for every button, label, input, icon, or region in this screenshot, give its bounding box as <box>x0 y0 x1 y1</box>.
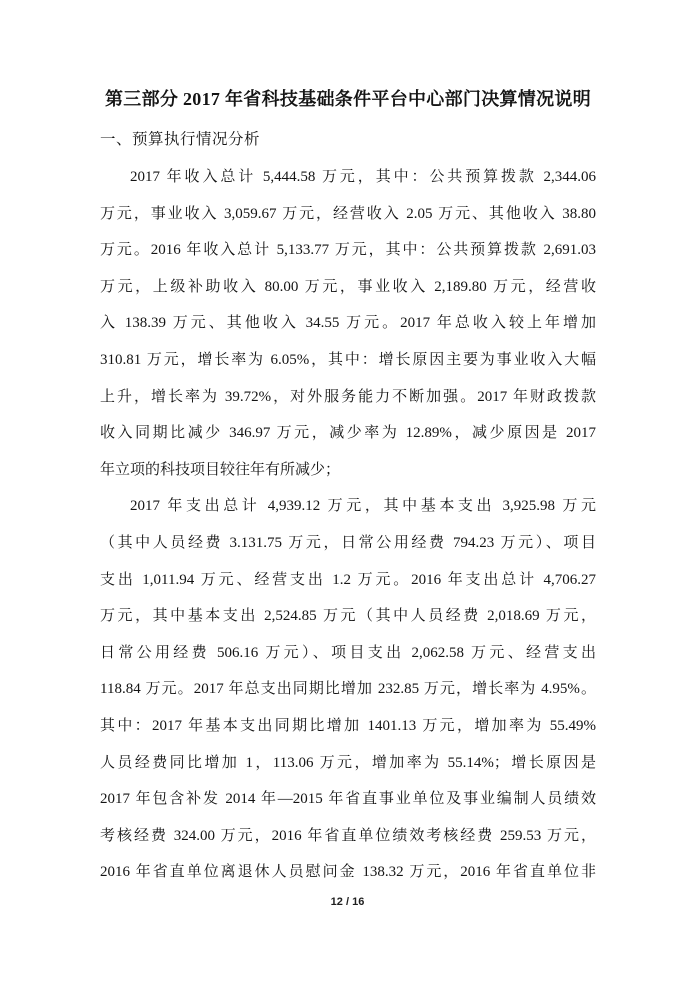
section-heading: 一、预算执行情况分析 <box>100 127 596 153</box>
body-line: （其中人员经费 3.131.75 万元，日常公用经费 794.23 万元）、项目 <box>100 525 596 562</box>
body-line: 入 138.39 万元、其他收入 34.55 万元。2017 年总收入较上年增加 <box>100 305 596 342</box>
body-line: 日常公用经费 506.16 万元）、项目支出 2,062.58 万元、经营支出 <box>100 635 596 672</box>
body-line: 118.84 万元。2017 年总支出同期比增加 232.85 万元，增长率为 … <box>100 671 596 708</box>
paragraph-expenditure: 2017 年支出总计 4,939.12 万元，其中基本支出 3,925.98 万… <box>100 488 596 891</box>
document-page: 第三部分 2017 年省科技基础条件平台中心部门决算情况说明 一、预算执行情况分… <box>0 0 695 982</box>
body-line: 2017 年支出总计 4,939.12 万元，其中基本支出 3,925.98 万… <box>100 488 596 525</box>
body-line: 2017 年包含补发 2014 年—2015 年省直事业单位及事业编制人员绩效 <box>100 781 596 818</box>
doc-title: 第三部分 2017 年省科技基础条件平台中心部门决算情况说明 <box>100 86 596 112</box>
body-line: 人员经费同比增加 1，113.06 万元，增加率为 55.14%；增长原因是 <box>100 745 596 782</box>
body-line: 2017 年收入总计 5,444.58 万元，其中：公共预算拨款 2,344.0… <box>100 159 596 196</box>
body-line: 支出 1,011.94 万元、经营支出 1.2 万元。2016 年支出总计 4,… <box>100 562 596 599</box>
body-line: 考核经费 324.00 万元，2016 年省直单位绩效考核经费 259.53 万… <box>100 818 596 855</box>
body-line: 其中：2017 年基本支出同期比增加 1401.13 万元，增加率为 55.49… <box>100 708 596 745</box>
body-line: 310.81 万元，增长率为 6.05%，其中：增长原因主要为事业收入大幅 <box>100 342 596 379</box>
page-number: 12 / 16 <box>331 896 365 908</box>
body-line: 上升，增长率为 39.72%，对外服务能力不断加强。2017 年财政拨款 <box>100 379 596 416</box>
body-line: 收入同期比减少 346.97 万元，减少率为 12.89%，减少原因是 2017 <box>100 415 596 452</box>
body-line: 万元，上级补助收入 80.00 万元，事业收入 2,189.80 万元，经营收 <box>100 269 596 306</box>
body-line: 万元，其中基本支出 2,524.85 万元（其中人员经费 2,018.69 万元… <box>100 598 596 635</box>
page-footer: 12 / 16 <box>0 896 695 908</box>
body-line: 万元，事业收入 3,059.67 万元，经营收入 2.05 万元、其他收入 38… <box>100 196 596 233</box>
body-line: 年立项的科技项目较往年有所减少； <box>100 452 596 489</box>
paragraph-income: 2017 年收入总计 5,444.58 万元，其中：公共预算拨款 2,344.0… <box>100 159 596 488</box>
body-line: 2016 年省直单位离退休人员慰问金 138.32 万元，2016 年省直单位非 <box>100 854 596 891</box>
body-line: 万元。2016 年收入总计 5,133.77 万元，其中：公共预算拨款 2,69… <box>100 232 596 269</box>
body-text: 2017 年收入总计 5,444.58 万元，其中：公共预算拨款 2,344.0… <box>100 159 596 891</box>
